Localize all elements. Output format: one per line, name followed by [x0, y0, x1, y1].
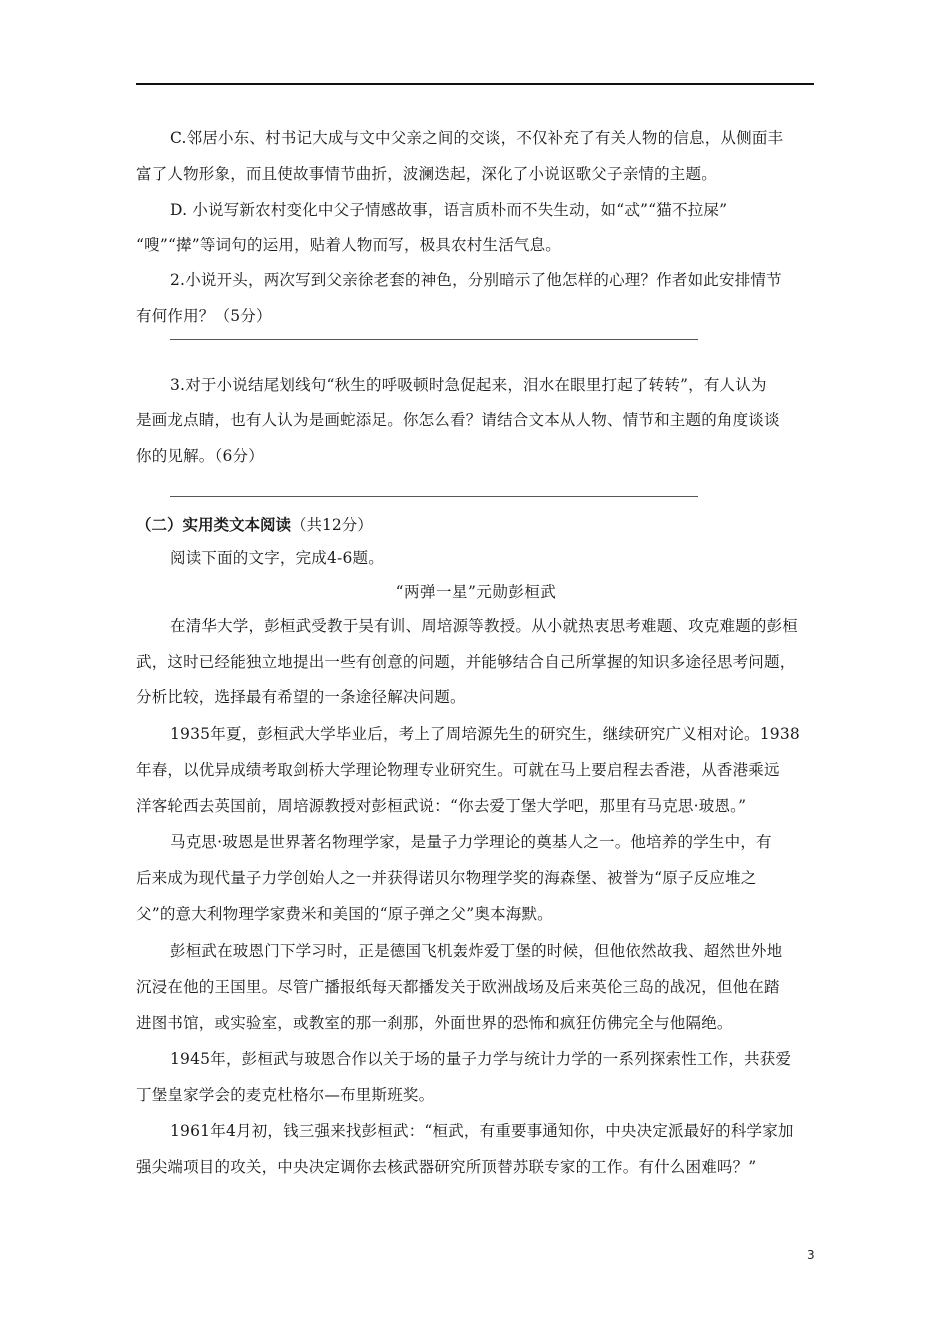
section-instruction: 阅读下面的文字，完成4-6题。 [170, 548, 384, 568]
article-paragraph-4-line-3: 进图书馆，或实验室，或教室的那一刹那，外面世界的恐怖和疯狂仿佛完全与他隔绝。 [136, 1013, 733, 1033]
article-paragraph-1-line-1: 在清华大学，彭桓武受教于吴有训、周培源等教授。从小就热衷思考难题、攻克难题的彭桓 [170, 616, 798, 636]
article-paragraph-4-line-2: 沉浸在他的王国里。尽管广播报纸每天都播发关于欧洲战场及后来英伦三岛的战况，但他在… [136, 977, 780, 997]
answer-line-question-2 [170, 339, 698, 340]
question-2-line-1: 2.小说开头，两次写到父亲徐老套的神色，分别暗示了他怎样的心理？作者如此安排情节 [170, 270, 782, 290]
option-c-line-2: 富了人物形象，而且使故事情节曲折，波澜迭起，深化了小说讴歌父子亲情的主题。 [136, 164, 717, 184]
section-heading-title: （二）实用类文本阅读 [136, 515, 291, 534]
section-heading-score: （共12分） [291, 516, 373, 534]
article-paragraph-3-line-1: 马克思·玻恩是世界著名物理学家，是量子力学理论的奠基人之一。他培养的学生中，有 [170, 832, 772, 852]
question-2-line-2: 有何作用？（5分） [136, 306, 272, 326]
answer-line-question-3 [170, 496, 698, 497]
page-number: 3 [807, 1248, 815, 1262]
question-3-line-1: 3.对于小说结尾划线句“秋生的呼吸顿时急促起来，泪水在眼里打起了转转”，有人认为 [170, 375, 767, 395]
question-3-line-3: 你的见解。（6分） [136, 446, 264, 466]
article-paragraph-4-line-1: 彭桓武在玻恩门下学习时，正是德国飞机轰炸爱丁堡的时候，但他依然故我、超然世外地 [170, 941, 782, 961]
article-paragraph-2-line-2: 年春，以优异成绩考取剑桥大学理论物理专业研究生。可就在马上要启程去香港，从香港乘… [136, 760, 780, 780]
option-c-line-1: C.邻居小东、村书记大成与文中父亲之间的交谈，不仅补充了有关人物的信息，从侧面丰 [170, 128, 783, 148]
option-d-line-2: “嗖”“撵”等词句的运用，贴着人物而写，极具农村生活气息。 [136, 235, 561, 255]
question-3-line-2: 是画龙点睛，也有人认为是画蛇添足。你怎么看？请结合文本从人物、情节和主题的角度谈… [136, 410, 780, 430]
article-paragraph-1-line-3: 分析比较，选择最有希望的一条途径解决问题。 [136, 687, 466, 707]
section-heading: （二）实用类文本阅读（共12分） [136, 515, 373, 535]
article-paragraph-1-line-2: 武，这时已经能独立地提出一些有创意的问题，并能够结合自己所掌握的知识多途径思考问… [136, 652, 795, 672]
article-paragraph-5-line-1: 1945年，彭桓武与玻恩合作以关于场的量子力学与统计力学的一系列探索性工作，共获… [170, 1049, 791, 1069]
article-paragraph-2-line-3: 洋客轮西去英国前，周培源教授对彭桓武说：“你去爱丁堡大学吧，那里有马克思·玻恩。… [136, 796, 746, 816]
article-paragraph-5-line-2: 丁堡皇家学会的麦克杜格尔—布里斯班奖。 [136, 1085, 434, 1105]
article-paragraph-3-line-2: 后来成为现代量子力学创始人之一并获得诺贝尔物理学奖的海森堡、被誉为“原子反应堆之 [136, 868, 756, 888]
option-d-line-1: D. 小说写新农村变化中父子情感故事，语言质朴而不失生动，如“忒”“猫不拉屎” [170, 200, 727, 220]
header-rule [136, 83, 814, 85]
article-paragraph-3-line-3: 父”的意大利物理学家费米和美国的“原子弹之父”奥本海默。 [136, 904, 553, 924]
article-paragraph-6-line-2: 强尖端项目的攻关，中央决定调你去核武器研究所顶替苏联专家的工作。有什么困难吗？” [136, 1157, 756, 1177]
article-paragraph-6-line-1: 1961年4月初，钱三强来找彭桓武：“桓武，有重要事通知你，中央决定派最好的科学… [170, 1121, 794, 1141]
article-title: “两弹一星”元勋彭桓武 [136, 582, 816, 602]
article-paragraph-2-line-1: 1935年夏，彭桓武大学毕业后，考上了周培源先生的研究生，继续研究广义相对论。1… [170, 724, 800, 744]
